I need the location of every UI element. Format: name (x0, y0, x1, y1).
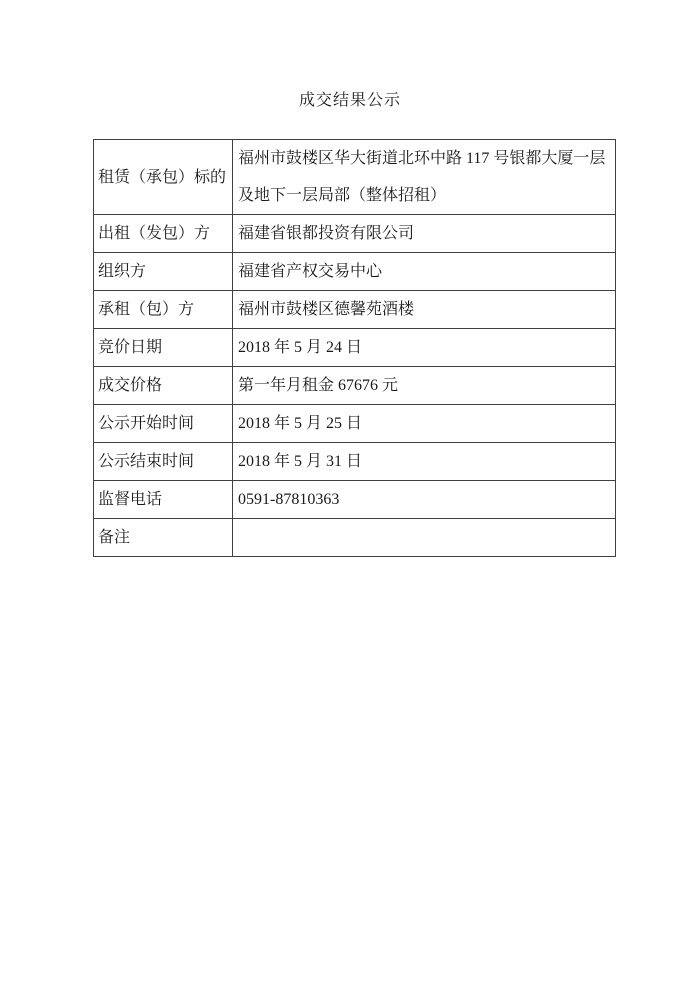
row-value-supervision-phone: 0591-87810363 (233, 481, 616, 519)
row-label-lessor: 出租（发包）方 (94, 215, 233, 253)
row-value-remarks (233, 519, 616, 557)
row-label-publicity-end: 公示结束时间 (94, 443, 233, 481)
row-label-publicity-start: 公示开始时间 (94, 405, 233, 443)
table-row: 监督电话 0591-87810363 (94, 481, 616, 519)
row-label-organizer: 组织方 (94, 253, 233, 291)
announcement-table: 租赁（承包）标的 福州市鼓楼区华大街道北环中路 117 号银都大厦一层及地下一层… (93, 139, 616, 557)
table-row: 公示开始时间 2018 年 5 月 25 日 (94, 405, 616, 443)
table-row: 备注 (94, 519, 616, 557)
row-label-lessee: 承租（包）方 (94, 291, 233, 329)
row-value-bid-date: 2018 年 5 月 24 日 (233, 329, 616, 367)
row-label-bid-date: 竞价日期 (94, 329, 233, 367)
table-row: 租赁（承包）标的 福州市鼓楼区华大街道北环中路 117 号银都大厦一层及地下一层… (94, 140, 616, 215)
table-row: 承租（包）方 福州市鼓楼区德馨苑酒楼 (94, 291, 616, 329)
table-row: 公示结束时间 2018 年 5 月 31 日 (94, 443, 616, 481)
row-label-deal-price: 成交价格 (94, 367, 233, 405)
table-row: 出租（发包）方 福建省银都投资有限公司 (94, 215, 616, 253)
row-value-deal-price: 第一年月租金 67676 元 (233, 367, 616, 405)
row-label-subject: 租赁（承包）标的 (94, 140, 233, 215)
row-label-remarks: 备注 (94, 519, 233, 557)
row-value-publicity-start: 2018 年 5 月 25 日 (233, 405, 616, 443)
document-title: 成交结果公示 (0, 90, 700, 112)
table-row: 竞价日期 2018 年 5 月 24 日 (94, 329, 616, 367)
row-label-supervision-phone: 监督电话 (94, 481, 233, 519)
row-value-subject: 福州市鼓楼区华大街道北环中路 117 号银都大厦一层及地下一层局部（整体招租） (233, 140, 616, 215)
row-value-lessee: 福州市鼓楼区德馨苑酒楼 (233, 291, 616, 329)
row-value-organizer: 福建省产权交易中心 (233, 253, 616, 291)
row-value-publicity-end: 2018 年 5 月 31 日 (233, 443, 616, 481)
table-row: 组织方 福建省产权交易中心 (94, 253, 616, 291)
table-row: 成交价格 第一年月租金 67676 元 (94, 367, 616, 405)
row-value-lessor: 福建省银都投资有限公司 (233, 215, 616, 253)
document-page: 成交结果公示 租赁（承包）标的 福州市鼓楼区华大街道北环中路 117 号银都大厦… (0, 0, 700, 990)
